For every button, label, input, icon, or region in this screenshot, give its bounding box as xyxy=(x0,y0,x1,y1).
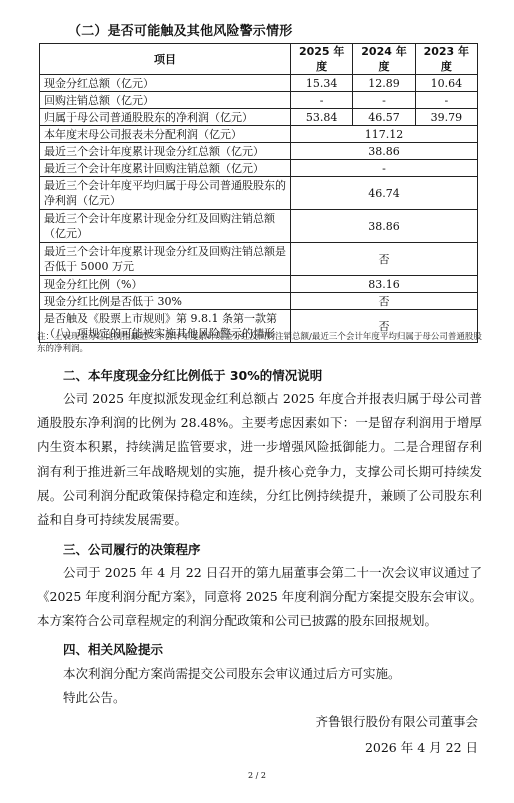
cell-value: 46.57 xyxy=(353,109,415,126)
table-row: 最近三个会计年度累计现金分红及回购注销总额（亿元） 38.86 xyxy=(40,210,478,243)
section2-text: 公司 2025 年度拟派发现金红利总额占 2025 年度合并报表归属于母公司普通… xyxy=(37,391,482,527)
section3-body: 公司于 2025 年 4 月 22 日召开的第九届董事会第二十一次会议审议通过了… xyxy=(37,561,482,634)
row-label: 最近三个会计年度累计现金分红及回购注销总额是否低于 5000 万元 xyxy=(40,243,291,276)
cell-value: 117.12 xyxy=(291,126,478,143)
header-2023: 2023 年度 xyxy=(415,44,477,75)
table-row: 最近三个会计年度累计现金分红及回购注销总额是否低于 5000 万元 否 xyxy=(40,243,478,276)
row-label: 回购注销总额（亿元） xyxy=(40,92,291,109)
cell-value: - xyxy=(353,92,415,109)
table-row: 最近三个会计年度平均归属于母公司普通股股东的净利润（亿元） 46.74 xyxy=(40,177,478,210)
cell-value: 38.86 xyxy=(291,143,478,160)
table-row: 回购注销总额（亿元） - - - xyxy=(40,92,478,109)
cell-value: 53.84 xyxy=(291,109,353,126)
signature-date: 2026 年 4 月 22 日 xyxy=(365,738,478,756)
table-row: 现金分红比例（%） 83.16 xyxy=(40,276,478,293)
row-label: 本年度末母公司报表未分配利润（亿元） xyxy=(40,126,291,143)
row-label: 最近三个会计年度平均归属于母公司普通股股东的净利润（亿元） xyxy=(40,177,291,210)
section3-heading: 三、公司履行的决策程序 xyxy=(63,540,201,558)
section-title: （二）是否可能触及其他风险警示情形 xyxy=(68,20,292,39)
row-label: 现金分红比例（%） xyxy=(40,276,291,293)
risk-warning-table: 项目 2025 年度 2024 年度 2023 年度 现金分红总额（亿元） 15… xyxy=(39,43,478,343)
signature-org: 齐鲁银行股份有限公司董事会 xyxy=(315,712,478,730)
cell-value: - xyxy=(291,92,353,109)
cell-value: 15.34 xyxy=(291,75,353,92)
row-label: 最近三个会计年度累计回购注销总额（亿元） xyxy=(40,160,291,177)
cell-value: - xyxy=(415,92,477,109)
table-row: 现金分红总额（亿元） 15.34 12.89 10.64 xyxy=(40,75,478,92)
header-item: 项目 xyxy=(40,44,291,75)
section3-text: 公司于 2025 年 4 月 22 日召开的第九届董事会第二十一次会议审议通过了… xyxy=(37,565,482,628)
table-row: 最近三个会计年度累计回购注销总额（亿元） - xyxy=(40,160,478,177)
row-label: 现金分红总额（亿元） xyxy=(40,75,291,92)
section2-heading: 二、本年度现金分红比例低于 30%的情况说明 xyxy=(63,366,322,384)
table-row: 最近三个会计年度累计现金分红总额（亿元） 38.86 xyxy=(40,143,478,160)
cell-value: 83.16 xyxy=(291,276,478,293)
cell-value: 38.86 xyxy=(291,210,478,243)
cell-value: 10.64 xyxy=(415,75,477,92)
table-row: 本年度末母公司报表未分配利润（亿元） 117.12 xyxy=(40,126,478,143)
table-header-row: 项目 2025 年度 2024 年度 2023 年度 xyxy=(40,44,478,75)
closing-text: 特此公告。 xyxy=(63,688,126,706)
row-label: 归属于母公司普通股股东的净利润（亿元） xyxy=(40,109,291,126)
cell-value: 12.89 xyxy=(353,75,415,92)
cell-value: 39.79 xyxy=(415,109,477,126)
table-row: 现金分红比例是否低于 30% 否 xyxy=(40,293,478,310)
table-row: 归属于母公司普通股股东的净利润（亿元） 53.84 46.57 39.79 xyxy=(40,109,478,126)
cell-value: 否 xyxy=(291,243,478,276)
cell-value: 46.74 xyxy=(291,177,478,210)
section2-body: 公司 2025 年度拟派发现金红利总额占 2025 年度合并报表归属于母公司普通… xyxy=(37,387,482,532)
cell-value: 否 xyxy=(291,293,478,310)
table-footnote: 注：上表现金分红比例指最近三个会计年度累计现金分红及回购注销总额/最近三个会计年… xyxy=(37,331,482,355)
row-label: 现金分红比例是否低于 30% xyxy=(40,293,291,310)
header-2024: 2024 年度 xyxy=(353,44,415,75)
cell-value: - xyxy=(291,160,478,177)
header-2025: 2025 年度 xyxy=(291,44,353,75)
row-label: 最近三个会计年度累计现金分红总额（亿元） xyxy=(40,143,291,160)
page-number: 2 / 2 xyxy=(0,771,514,780)
row-label: 最近三个会计年度累计现金分红及回购注销总额（亿元） xyxy=(40,210,291,243)
section4-body: 本次利润分配方案尚需提交公司股东会审议通过后方可实施。 xyxy=(63,664,401,682)
section4-heading: 四、相关风险提示 xyxy=(63,640,163,658)
